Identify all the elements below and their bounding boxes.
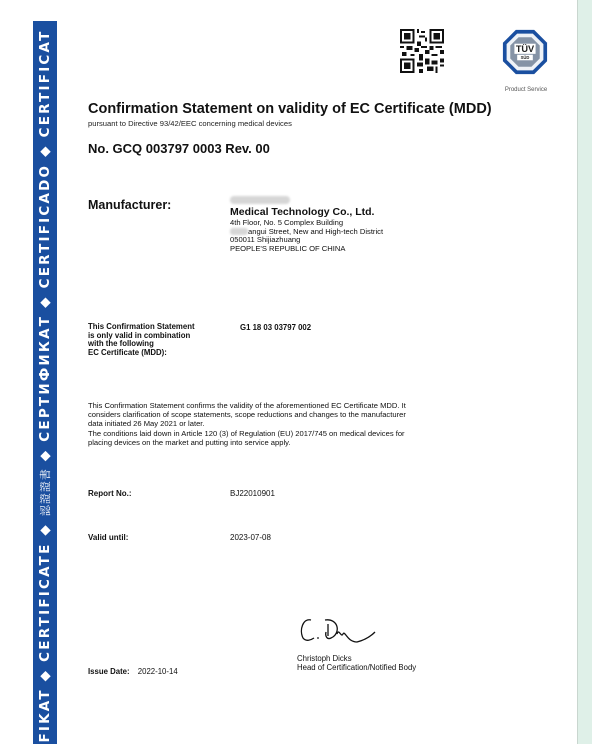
signer-name: Christoph Dicks	[297, 654, 416, 663]
tuv-sud-logo-icon: TÜV SÜD	[502, 29, 548, 75]
qr-code-icon	[400, 29, 444, 73]
side-panel	[577, 0, 592, 744]
signer-block: Christoph Dicks Head of Certification/No…	[297, 654, 416, 673]
report-label: Report No.:	[88, 489, 132, 498]
signature-icon	[295, 612, 385, 652]
document-subtitle: pursuant to Directive 93/42/EEC concerni…	[88, 119, 292, 128]
issue-date-value: 2022-10-14	[138, 667, 178, 676]
document-title: Confirmation Statement on validity of EC…	[88, 101, 492, 117]
issue-date: Issue Date: 2022-10-14	[88, 667, 178, 676]
manufacturer-name: Medical Technology Co., Ltd.	[230, 206, 374, 218]
certificate-page: FIKAT ◆ CERTIFICATE ◆ 認證證書 ◆ CEPTИФИКАТ …	[0, 0, 577, 744]
certificate-side-band: FIKAT ◆ CERTIFICATE ◆ 認證證書 ◆ CEPTИФИКАТ …	[33, 21, 57, 744]
certificate-number: No. GCQ 003797 0003 Rev. 00	[88, 141, 270, 156]
valid-until-label: Valid until:	[88, 533, 128, 542]
logo-caption: Product Service	[496, 87, 556, 93]
statement-paragraph: This Confirmation Statement confirms the…	[88, 401, 528, 447]
manufacturer-label: Manufacturer:	[88, 198, 171, 212]
redacted-text	[230, 228, 248, 235]
ec-certificate-number: G1 18 03 03797 002	[240, 323, 311, 332]
issue-date-label: Issue Date:	[88, 667, 130, 676]
address-line: PEOPLE'S REPUBLIC OF CHINA	[230, 245, 383, 254]
report-value: BJ22010901	[230, 489, 275, 498]
signer-title: Head of Certification/Notified Body	[297, 663, 416, 672]
combination-label: This Confirmation Statement is only vali…	[88, 323, 228, 357]
redacted-text	[230, 196, 290, 204]
svg-text:SÜD: SÜD	[521, 55, 530, 60]
manufacturer-address: 4th Floor, No. 5 Complex Building angui …	[230, 219, 383, 253]
valid-until-value: 2023-07-08	[230, 533, 271, 542]
band-text: FIKAT ◆ CERTIFICATE ◆ 認證證書 ◆ CEPTИФИКАТ …	[37, 29, 53, 742]
svg-text:TÜV: TÜV	[516, 44, 535, 54]
